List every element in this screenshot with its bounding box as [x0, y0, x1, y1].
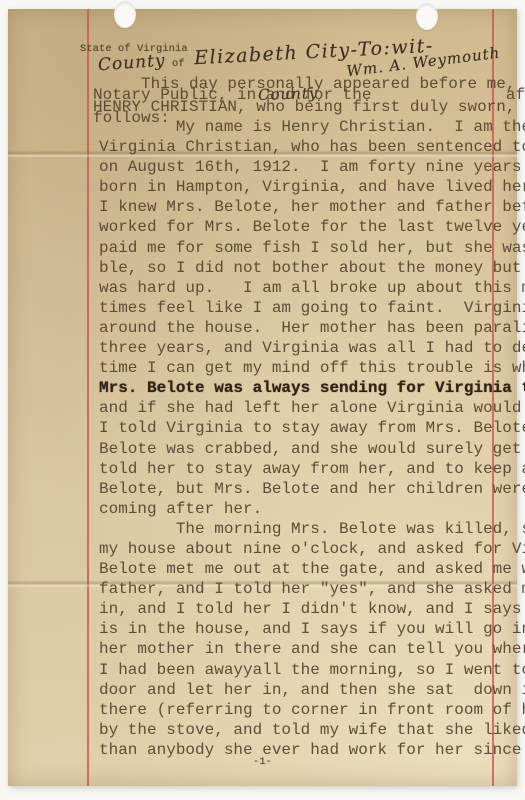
- body-line: I knew Mrs. Belote, her mother and fathe…: [99, 197, 525, 217]
- body-line: by the stove, and told my wife that she …: [99, 720, 525, 740]
- body-line: The morning Mrs. Belote was killed, she …: [99, 519, 525, 539]
- body-line: My name is Henry Christian. I am the fat…: [99, 117, 525, 137]
- body-line: paid me for some fish I sold her, but sh…: [99, 238, 525, 258]
- body-line: and if she had left her alone Virginia w…: [99, 398, 525, 418]
- body-line: father, and I told her "yes", and she as…: [99, 579, 525, 599]
- body-line: time I can get my mind off this trouble …: [99, 358, 525, 378]
- body-line: was hard up. I am all broke up about thi…: [99, 278, 525, 298]
- body-line: Belote, but Mrs. Belote and her children…: [99, 479, 525, 499]
- body-line: three years, and Virginia was all I had …: [99, 338, 525, 358]
- body-line: is in the house, and I says if you will …: [99, 619, 525, 639]
- body-line: worked for Mrs. Belote for the last twel…: [99, 217, 525, 237]
- body-line: her mother in there and she can tell you…: [99, 639, 525, 659]
- body-line: told her to stay away from her, and to k…: [99, 459, 525, 479]
- body-line: ble, so I did not bother about the money…: [99, 258, 525, 278]
- body-line: coming after her.: [99, 499, 525, 519]
- body-line: door and let her in, and then she sat do…: [99, 680, 525, 700]
- body-line: there (referring to corner in front room…: [99, 700, 525, 720]
- body-line: my house about nine o'clock, and asked f…: [99, 539, 525, 559]
- punch-hole-right: [416, 3, 438, 30]
- body-line: born in Hampton, Virginia, and have live…: [99, 177, 525, 197]
- paper-sheet: State of Virginia County of Elizabeth Ci…: [8, 9, 517, 786]
- body-line: times feel like I am going to faint. Vir…: [99, 298, 525, 318]
- left-margin-rule: [87, 9, 89, 786]
- body-line: around the house. Her mother has been pa…: [99, 318, 525, 338]
- punch-hole-left: [114, 1, 136, 28]
- body-line: I told Virginia to stay away from Mrs. B…: [99, 418, 525, 438]
- body-line: on August 16th, 1912. I am forty nine ye…: [99, 157, 525, 177]
- page-number: -1-: [8, 756, 517, 768]
- body-line: Virginia Christian, who has been sentenc…: [99, 137, 525, 157]
- body-line: in, and I told her I didn't know, and I …: [99, 599, 525, 619]
- body-line: Belote met me out at the gate, and asked…: [99, 559, 525, 579]
- body-line: Mrs. Belote was always sending for Virgi…: [99, 378, 525, 398]
- handwritten-county: County: [97, 51, 166, 76]
- of-label: of: [172, 58, 185, 70]
- body-line: Belote was crabbed, and she would surely…: [99, 439, 525, 459]
- affidavit-body: My name is Henry Christian. I am the fat…: [99, 117, 525, 760]
- body-line: I had been awayyall the morning, so I we…: [99, 660, 525, 680]
